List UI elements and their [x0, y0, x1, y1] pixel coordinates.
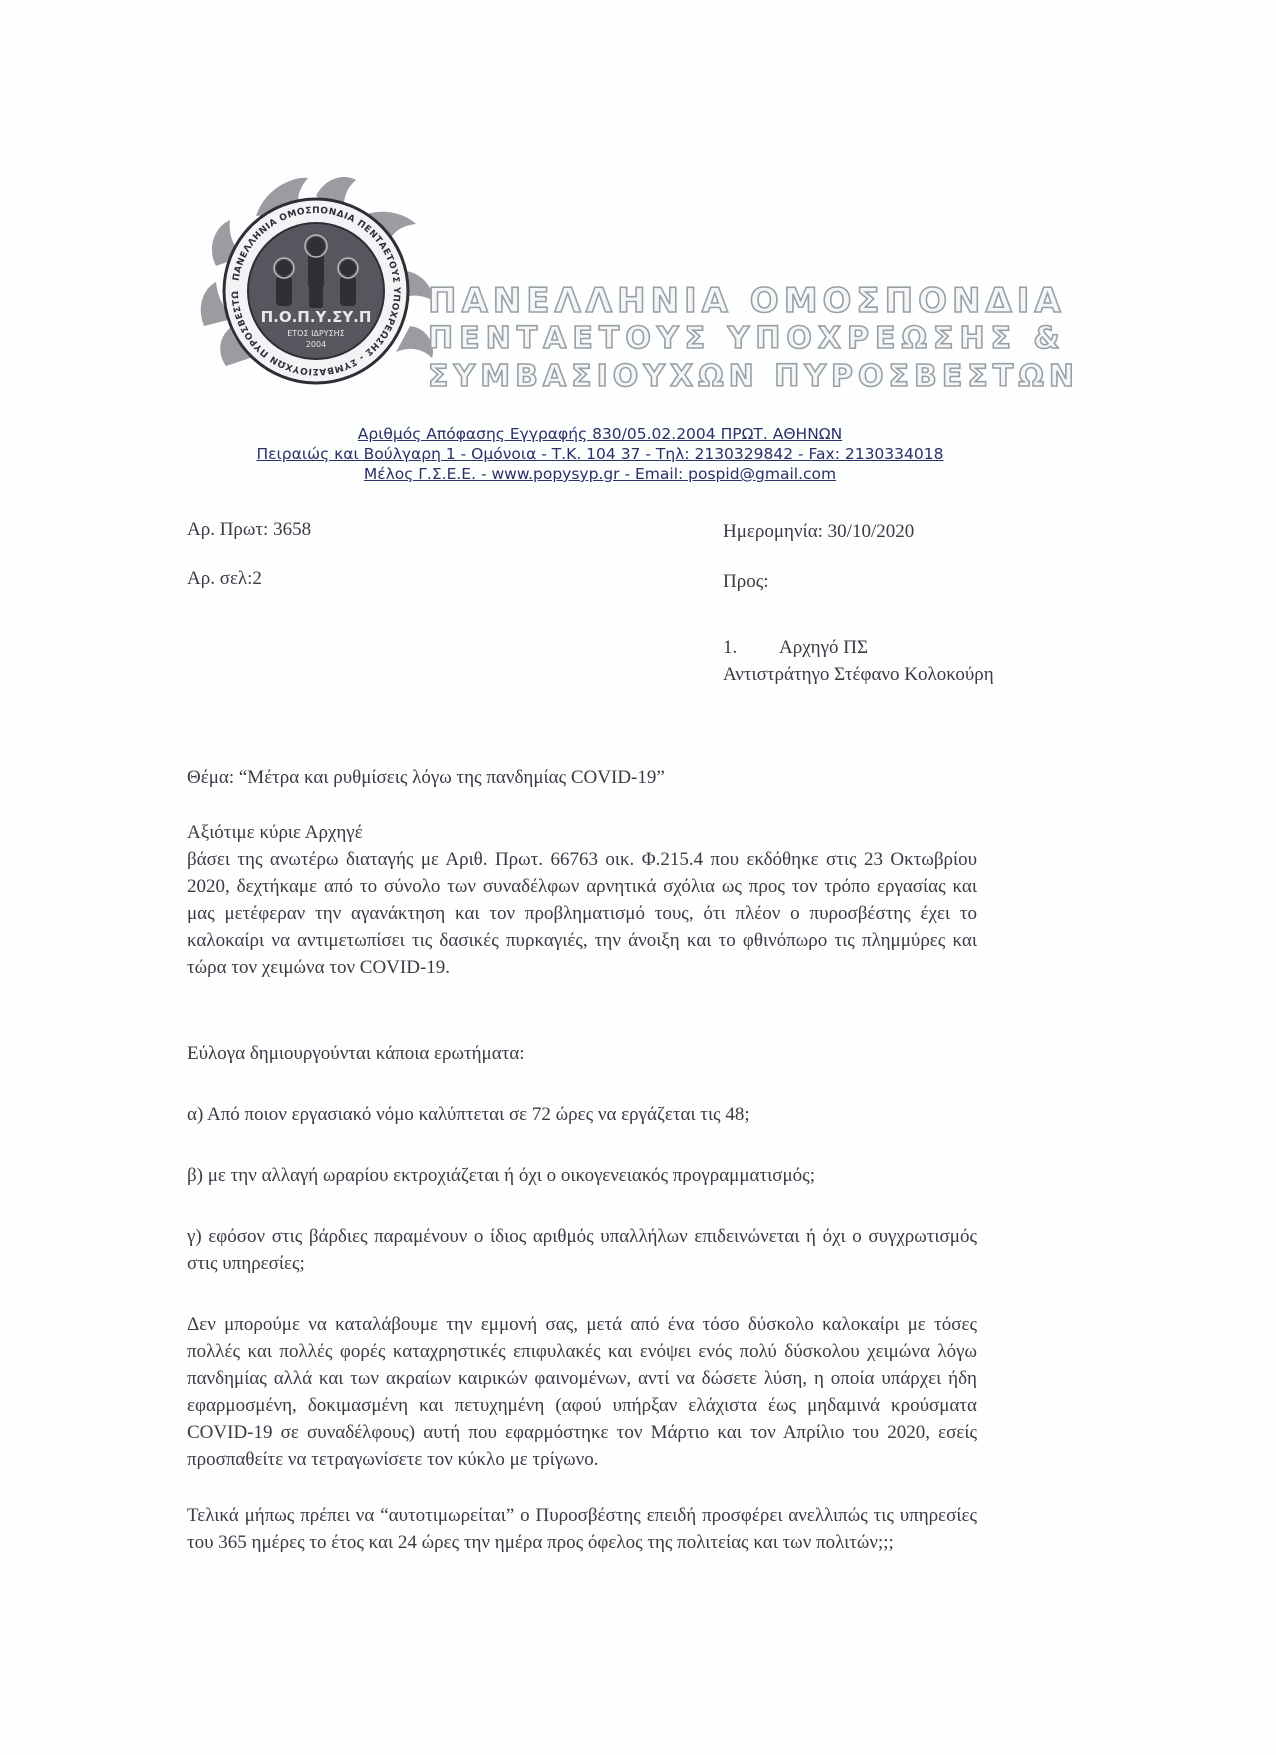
page-count: Αρ. σελ:2	[187, 568, 262, 590]
organization-name: ΠΑΝΕΛΛΗΝΙΑ ΟΜΟΣΠΟΝΔΙΑ ΠΕΝΤΑΕΤΟΥΣ ΥΠΟΧΡΕΩ…	[428, 282, 1048, 396]
question-a: α) Από ποιον εργασιακό νόμο καλύπτεται σ…	[187, 1101, 977, 1128]
org-name-line-2: ΠΕΝΤΑΕΤΟΥΣ ΥΠΟΧΡΕΩΣΗΣ &	[428, 320, 1048, 358]
salutation: Αξιότιμε κύριε Αρχηγέ	[187, 819, 977, 846]
logo-abbreviation: Π.Ο.Π.Υ.ΣΥ.Π	[261, 308, 372, 326]
recipient-name: Αντιστράτηγο Στέφανο Κολοκούρη	[723, 661, 994, 688]
registration-number: Αριθμός Απόφασης Εγγραφής 830/05.02.2004…	[200, 424, 1000, 444]
paragraph-questions-intro: Εύλογα δημιουργούνται κάποια ερωτήματα:	[187, 1040, 977, 1067]
registration-info: Αριθμός Απόφασης Εγγραφής 830/05.02.2004…	[200, 424, 1000, 484]
letter-date: Ημερομηνία: 30/10/2020	[723, 521, 914, 543]
paragraph-intro: βάσει της ανωτέρω διαταγής με Αριθ. Πρωτ…	[187, 846, 977, 981]
protocol-number: Αρ. Πρωτ: 3658	[187, 519, 311, 541]
question-c: γ) εφόσον στις βάρδιες παραμένουν ο ίδιο…	[187, 1223, 977, 1277]
question-b: β) με την αλλαγή ωραρίου εκτροχιάζεται ή…	[187, 1162, 977, 1189]
flame-emblem-icon: ΠΑΝΕΛΛΗΝΙΑ ΟΜΟΣΠΟΝΔΙΑ ΠΕΝΤΑΕΤΟΥΣ ΥΠΟΧΡΕΩ…	[196, 176, 436, 406]
union-logo: ΠΑΝΕΛΛΗΝΙΑ ΟΜΟΣΠΟΝΔΙΑ ΠΕΝΤΑΕΤΟΥΣ ΥΠΟΧΡΕΩ…	[196, 176, 436, 406]
org-name-line-3: ΣΥΜΒΑΣΙΟΥΧΩΝ ΠΥΡΟΣΒΕΣΤΩΝ	[428, 358, 1048, 396]
recipient-number: 1.	[723, 634, 779, 661]
recipient-title: Αρχηγό ΠΣ	[779, 637, 868, 658]
letter-page: ΠΑΝΕΛΛΗΝΙΑ ΟΜΟΣΠΟΝΔΙΑ ΠΕΝΤΑΕΤΟΥΣ ΥΠΟΧΡΕΩ…	[0, 0, 1276, 1755]
membership-web-email: Μέλος Γ.Σ.Ε.Ε. - www.popysyp.gr - Email:…	[200, 464, 1000, 484]
address-contact: Πειραιώς και Βούλγαρη 1 - Ομόνοια - Τ.Κ.…	[200, 444, 1000, 464]
to-label: Προς:	[723, 571, 769, 593]
paragraph-closing: Τελικά μήπως πρέπει να “αυτοτιμωρείται” …	[187, 1502, 977, 1556]
svg-text:2004: 2004	[306, 340, 326, 349]
paragraph-insistence: Δεν μπορούμε να καταλάβουμε την εμμονή σ…	[187, 1311, 977, 1473]
svg-text:ΕΤΟΣ ΙΔΡΥΣΗΣ: ΕΤΟΣ ΙΔΡΥΣΗΣ	[287, 329, 345, 338]
org-name-line-1: ΠΑΝΕΛΛΗΝΙΑ ΟΜΟΣΠΟΝΔΙΑ	[428, 282, 1048, 320]
recipient-block: 1.Αρχηγό ΠΣ Αντιστράτηγο Στέφανο Κολοκού…	[723, 634, 994, 688]
subject-line: Θέμα: “Μέτρα και ρυθμίσεις λόγω της πανδ…	[187, 767, 665, 789]
